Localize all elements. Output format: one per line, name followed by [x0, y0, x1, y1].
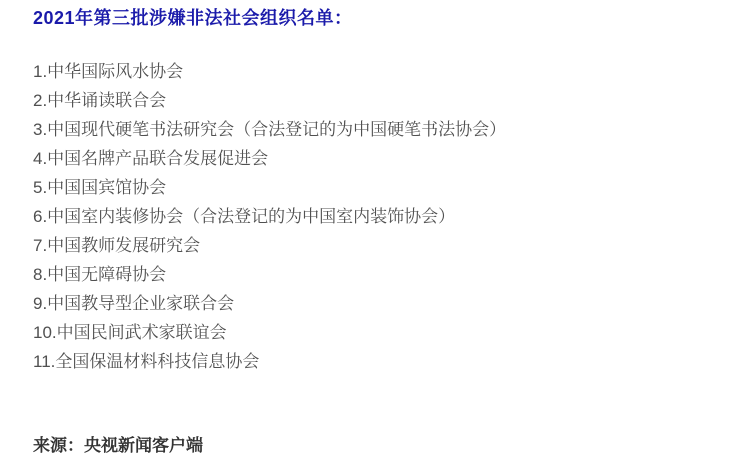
article-title: 2021年第三批涉嫌非法社会组织名单：: [33, 8, 733, 28]
organization-list: 1.中华国际风水协会 2.中华诵读联合会 3.中国现代硬笔书法研究会（合法登记的…: [33, 57, 733, 376]
list-item: 9.中国教导型企业家联合会: [33, 289, 733, 318]
list-item: 1.中华国际风水协会: [33, 57, 733, 86]
list-item: 8.中国无障碍协会: [33, 260, 733, 289]
article-body: 2021年第三批涉嫌非法社会组织名单： 1.中华国际风水协会 2.中华诵读联合会…: [33, 8, 733, 376]
list-item: 4.中国名牌产品联合发展促进会: [33, 144, 733, 173]
source-attribution: 来源：央视新闻客户端: [33, 436, 203, 456]
list-item: 2.中华诵读联合会: [33, 86, 733, 115]
list-item: 3.中国现代硬笔书法研究会（合法登记的为中国硬笔书法协会）: [33, 115, 733, 144]
list-item: 7.中国教师发展研究会: [33, 231, 733, 260]
list-item: 6.中国室内装修协会（合法登记的为中国室内装饰协会）: [33, 202, 733, 231]
list-item: 11.全国保温材料科技信息协会: [33, 347, 733, 376]
list-item: 10.中国民间武术家联谊会: [33, 318, 733, 347]
list-item: 5.中国国宾馆协会: [33, 173, 733, 202]
